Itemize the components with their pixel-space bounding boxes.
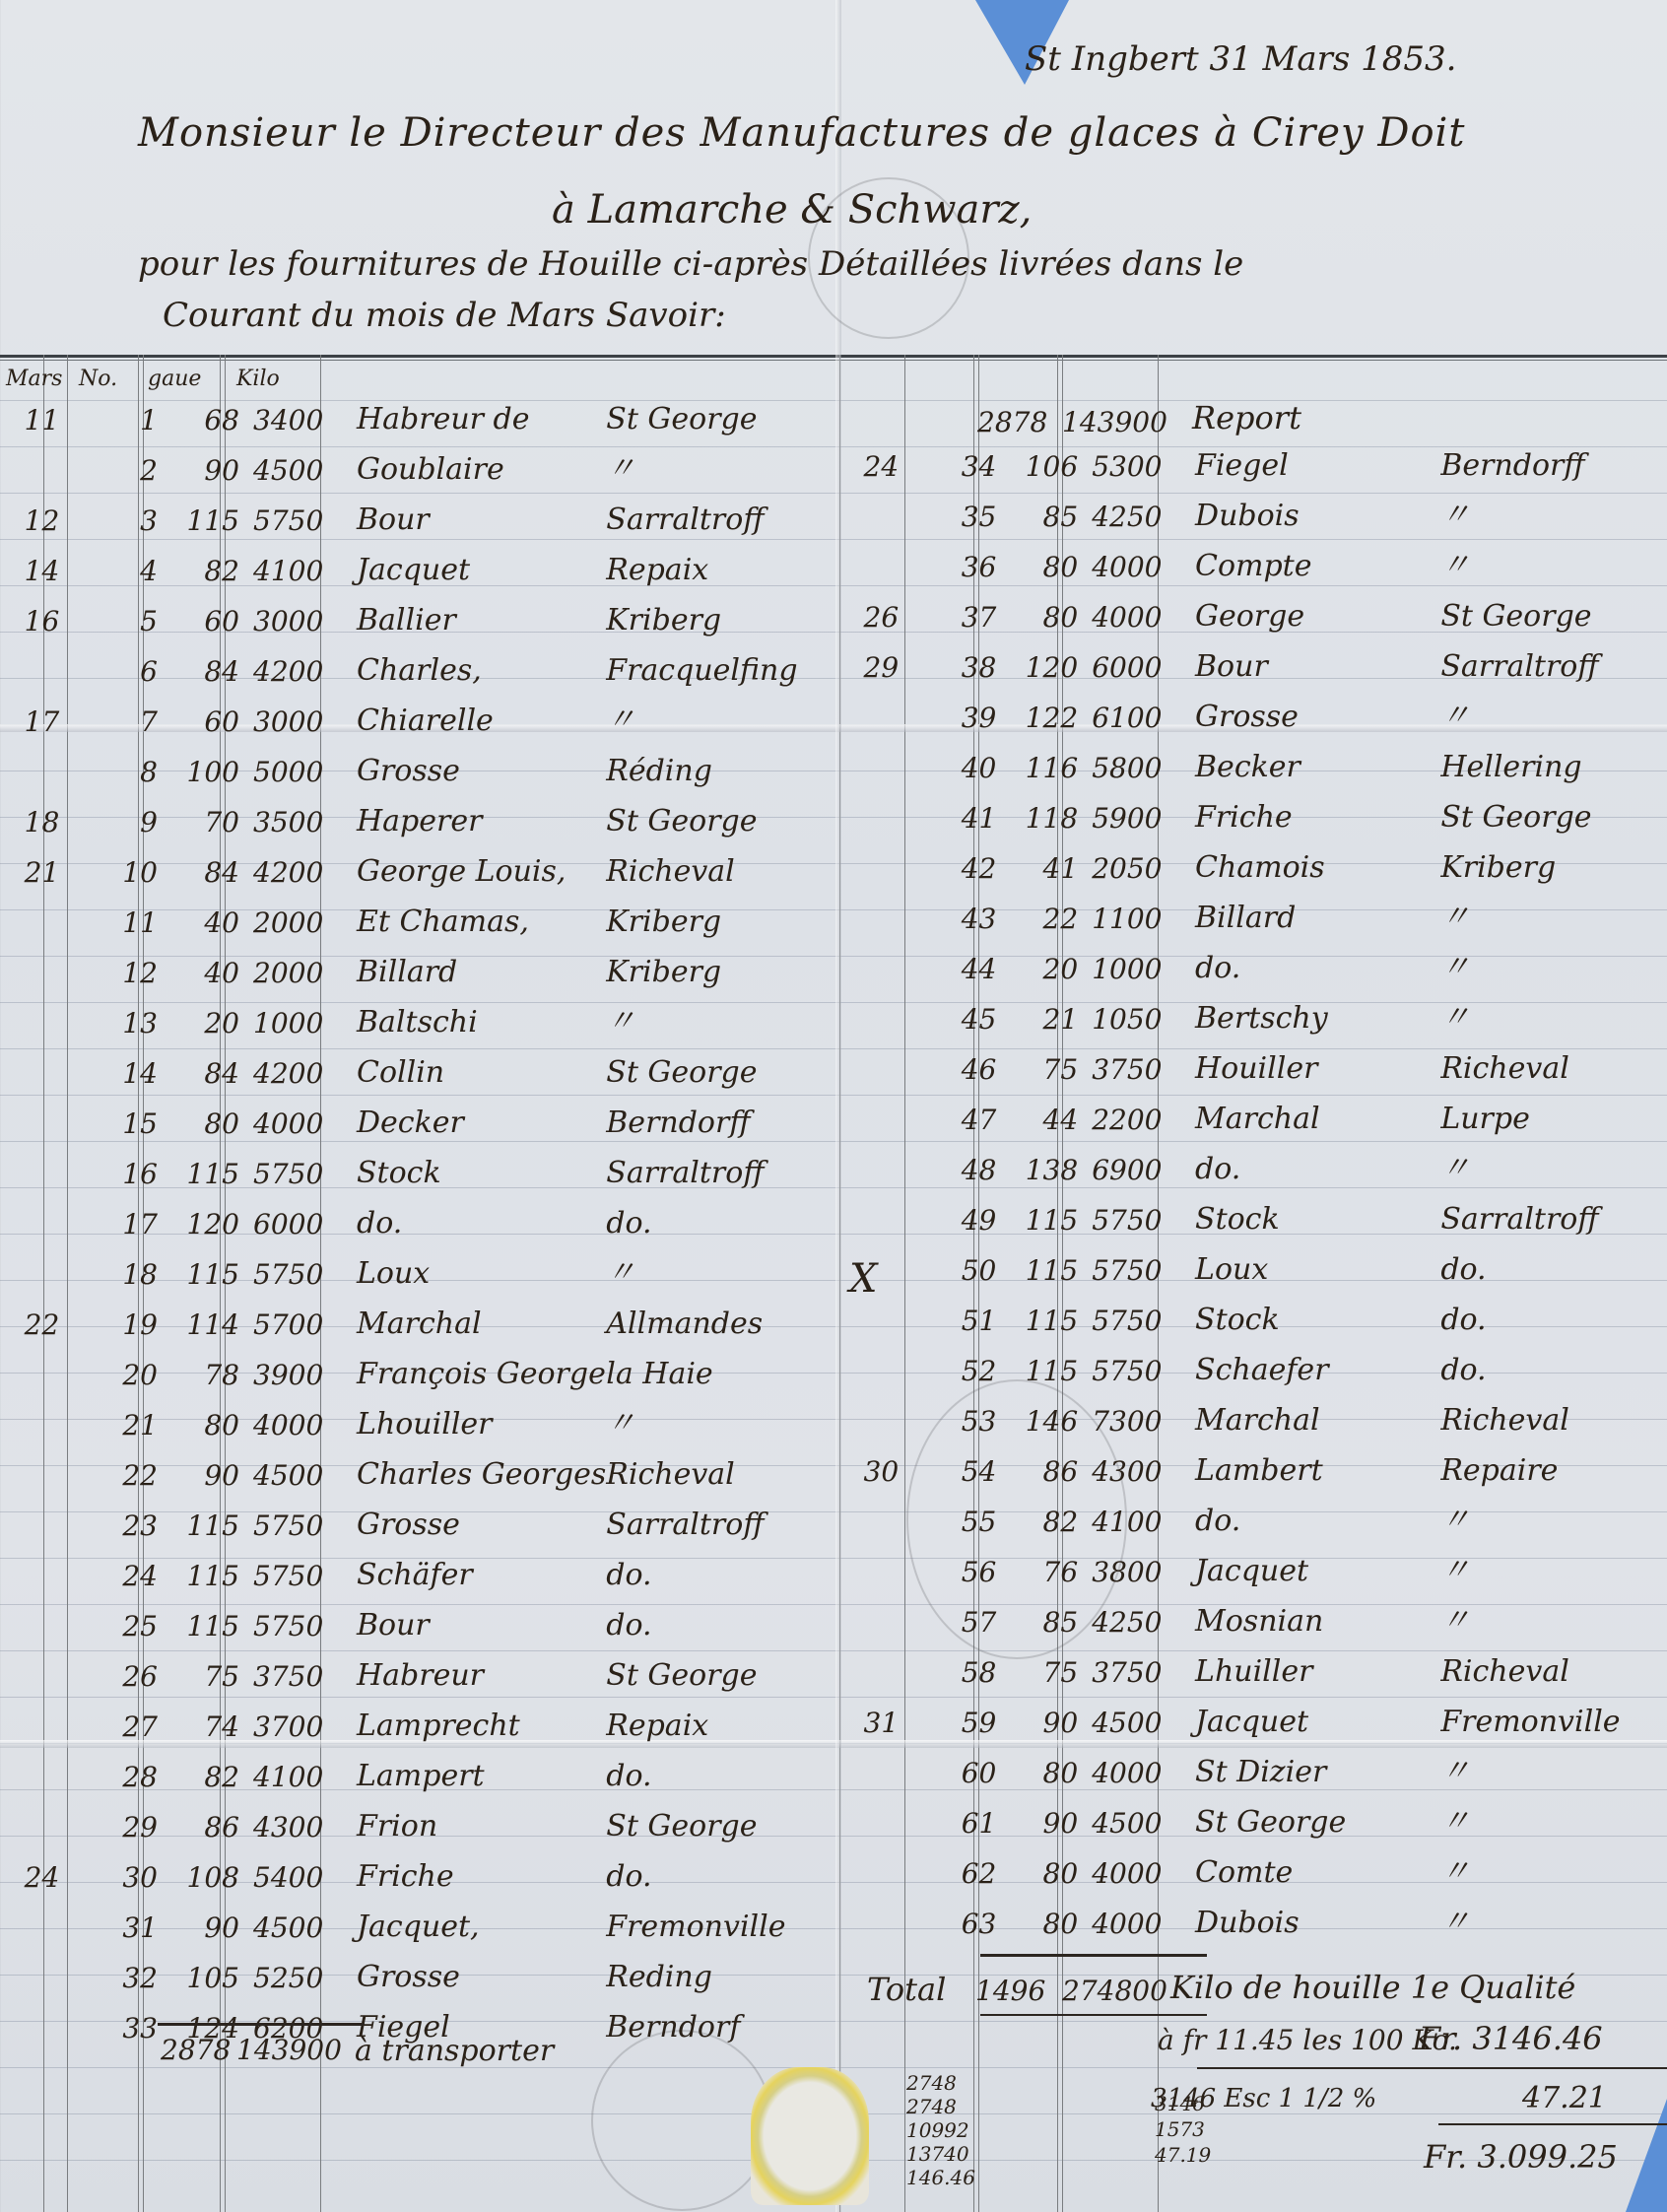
ledger-row: 251155750Bourdo. — [0, 1596, 833, 1646]
supplier-place: Sarraltroff — [1440, 637, 1667, 688]
subtotal-qty: 2878 — [161, 2034, 231, 2066]
ledger-row: 3054864300LambertRepaire — [839, 1441, 1667, 1492]
delivery-day: 14 — [0, 541, 84, 591]
kilo-cell: 4300 — [247, 1797, 347, 1847]
quantity-cell: 115 — [166, 1546, 247, 1596]
kilo-cell: 3750 — [1086, 1039, 1185, 1090]
ledger-row: 31904500Jacquet,Fremonville — [0, 1898, 833, 1948]
delivery-day — [0, 1596, 84, 1646]
quantity-cell: 70 — [166, 792, 247, 842]
ledger-row: 2904500Goublaire〃 — [0, 440, 833, 491]
supplier-place: do. — [606, 1546, 833, 1596]
supplier-name: Lambert — [1185, 1441, 1440, 1492]
quantity-cell: 85 — [1004, 487, 1086, 537]
supplier-name: Grosse — [347, 1496, 606, 1546]
subtotal-label: à transporter — [355, 2034, 554, 2068]
kilo-cell: 5700 — [247, 1295, 347, 1345]
delivery-number: 43 — [923, 889, 1005, 939]
kilo-cell: 3750 — [247, 1646, 347, 1697]
ledger-row: 58753750LhuillerRicheval — [839, 1642, 1667, 1693]
delivery-number: 12 — [84, 943, 166, 993]
kilo-cell: 5750 — [1086, 1291, 1185, 1341]
column-header-kilo: Kilo — [236, 367, 280, 391]
kilo-cell: 3900 — [247, 1345, 347, 1395]
quantity-cell: 138 — [1004, 1140, 1086, 1190]
calc-line: 2748 — [906, 2071, 975, 2095]
supplier-place: Repaire — [1440, 1441, 1667, 1492]
net-amount: Fr. 3.099.25 — [1424, 2138, 1618, 2176]
quantity-cell: 115 — [1004, 1240, 1086, 1291]
supplier-place: Fracquelfing — [606, 641, 833, 692]
supplier-place: Allmandes — [606, 1295, 833, 1345]
kilo-cell: 5900 — [1086, 788, 1185, 838]
supplier-name: Et Chamas, — [347, 893, 606, 943]
ledger-row: 55824100do.〃 — [839, 1492, 1667, 1542]
delivery-day — [839, 889, 923, 939]
delivery-number: 60 — [923, 1743, 1005, 1793]
delivery-day — [839, 1843, 923, 1894]
kilo-cell: 1000 — [1086, 939, 1185, 989]
ledger-row: 61904500St George〃 — [839, 1793, 1667, 1843]
kilo-cell: 5000 — [247, 742, 347, 792]
supplier-name: Marchal — [1185, 1090, 1440, 1140]
supplier-name: George — [1185, 587, 1440, 637]
supplier-place: Sarraltroff — [606, 1496, 833, 1546]
ledger-row: 13201000Baltschi〃 — [0, 993, 833, 1043]
supplier-place: Kriberg — [606, 591, 833, 641]
delivery-day — [0, 1445, 84, 1496]
supplier-place: St George — [1440, 788, 1667, 838]
quantity-cell: 75 — [1004, 1039, 1086, 1090]
ledger-row: 1231155750BourSarraltroff — [0, 491, 833, 541]
delivery-day — [0, 943, 84, 993]
supplier-place: 〃 — [1440, 688, 1667, 738]
kilo-cell: 6900 — [1086, 1140, 1185, 1190]
ledger-row: 531467300MarchalRicheval — [839, 1391, 1667, 1441]
purpose-line: pour les fournitures de Houille ci-après… — [138, 244, 1243, 284]
delivery-day — [0, 1395, 84, 1445]
delivery-number: 7 — [84, 692, 166, 742]
delivery-number: 38 — [923, 637, 1005, 688]
delivery-number: 52 — [923, 1341, 1005, 1391]
quantity-cell: 75 — [166, 1646, 247, 1697]
total-qty: 1496 — [975, 1975, 1045, 2007]
kilo-cell: 4000 — [1086, 1843, 1185, 1894]
supplier-place: Repaix — [606, 1697, 833, 1747]
kilo-cell: 4000 — [1086, 587, 1185, 637]
supplier-place: 〃 — [1440, 1843, 1667, 1894]
quantity-cell: 84 — [166, 1043, 247, 1094]
addressee-line: Monsieur le Directeur des Manufactures d… — [138, 110, 1465, 156]
kilo-cell: 3800 — [1086, 1542, 1185, 1592]
quantity-cell: 40 — [166, 943, 247, 993]
quantity-cell: 116 — [1004, 738, 1086, 788]
delivery-day — [839, 1542, 923, 1592]
total-rule — [980, 1954, 1207, 1957]
delivery-day — [839, 1039, 923, 1090]
ledger-row: 321055250GrosseReding — [0, 1948, 833, 1998]
x-mark-annotation: X — [849, 1256, 877, 1302]
supplier-name: Jacquet — [1185, 1693, 1440, 1743]
supplier-place: 〃 — [1440, 1140, 1667, 1190]
delivery-day — [0, 1546, 84, 1596]
delivery-number: 17 — [84, 1194, 166, 1244]
ledger-row: 401165800BeckerHellering — [839, 738, 1667, 788]
quantity-cell: 100 — [166, 742, 247, 792]
delivery-number: 2 — [84, 440, 166, 491]
calc-line: 10992 — [906, 2118, 975, 2142]
delivery-day — [0, 641, 84, 692]
supplier-name: Jacquet — [1185, 1542, 1440, 1592]
left-ledger-table: 111683400Habreur deSt George2904500Goubl… — [0, 390, 833, 2048]
supplier-name: Lamprecht — [347, 1697, 606, 1747]
kilo-cell: 7300 — [1086, 1391, 1185, 1441]
delivery-number: 20 — [84, 1345, 166, 1395]
delivery-number: 61 — [923, 1793, 1005, 1843]
quantity-cell: 90 — [1004, 1693, 1086, 1743]
supplier-place: do. — [1440, 1291, 1667, 1341]
quantity-cell: 115 — [1004, 1190, 1086, 1240]
supplier-name: Grosse — [347, 742, 606, 792]
delivery-day: 11 — [0, 390, 84, 440]
quantity-cell: 41 — [1004, 838, 1086, 889]
delivery-number: 3 — [84, 491, 166, 541]
supplier-place: do. — [1440, 1341, 1667, 1391]
delivery-number: 33 — [84, 1998, 166, 2048]
supplier-name: Frion — [347, 1797, 606, 1847]
supplier-name: Dubois — [1185, 1894, 1440, 1944]
quantity-cell: 115 — [166, 491, 247, 541]
kilo-cell: 4100 — [247, 541, 347, 591]
delivery-number: 55 — [923, 1492, 1005, 1542]
delivery-day: 30 — [839, 1441, 923, 1492]
delivery-day — [839, 989, 923, 1039]
margin-calc-left: 2748 2748 10992 13740 146.46 — [906, 2071, 975, 2189]
ledger-row: 391226100Grosse〃 — [839, 688, 1667, 738]
kilo-cell: 5400 — [247, 1847, 347, 1898]
kilo-cell: 4000 — [1086, 537, 1185, 587]
supplier-name: Dubois — [1185, 487, 1440, 537]
supplier-place: 〃 — [606, 993, 833, 1043]
ledger-row: 22191145700MarchalAllmandes — [0, 1295, 833, 1345]
kilo-cell: 3750 — [1086, 1642, 1185, 1693]
delivery-number: 59 — [923, 1693, 1005, 1743]
supplier-name: Habreur — [347, 1646, 606, 1697]
kilo-cell: 4250 — [1086, 1592, 1185, 1642]
ledger-row: 15804000DeckerBerndorff — [0, 1094, 833, 1144]
supplier-place: 〃 — [1440, 1492, 1667, 1542]
supplier-place: Hellering — [1440, 738, 1667, 788]
delivery-number: 53 — [923, 1391, 1005, 1441]
kilo-cell: 4000 — [247, 1094, 347, 1144]
supplier-place: 〃 — [606, 1244, 833, 1295]
delivery-number: 48 — [923, 1140, 1005, 1190]
supplier-name: Loux — [1185, 1240, 1440, 1291]
ledger-row: 181155750Loux〃 — [0, 1244, 833, 1295]
supplier-name: Comte — [1185, 1843, 1440, 1894]
supplier-place: 〃 — [606, 1395, 833, 1445]
supplier-name: Lhouiller — [347, 1395, 606, 1445]
quantity-cell: 20 — [166, 993, 247, 1043]
carry-kilo: 143900 — [1062, 406, 1167, 438]
ledger-row: 2110844200George Louis,Richeval — [0, 842, 833, 893]
delivery-number: 26 — [84, 1646, 166, 1697]
supplier-place: la Haie — [606, 1345, 833, 1395]
ledger-row: 43221100Billard〃 — [839, 889, 1667, 939]
quantity-cell: 120 — [1004, 637, 1086, 688]
supplier-name: Becker — [1185, 738, 1440, 788]
delivery-number: 18 — [84, 1244, 166, 1295]
quantity-cell: 80 — [1004, 1743, 1086, 1793]
ledger-row: 20783900François Georgela Haie — [0, 1345, 833, 1395]
supplier-name: Ballier — [347, 591, 606, 641]
supplier-name: Jacquet — [347, 541, 606, 591]
supplier-name: Bour — [347, 1596, 606, 1646]
ledger-row: 144824100JacquetRepaix — [0, 541, 833, 591]
supplier-place: 〃 — [606, 692, 833, 742]
delivery-day: 22 — [0, 1295, 84, 1345]
delivery-number: 37 — [923, 587, 1005, 637]
ledger-row: 189703500HapererSt George — [0, 792, 833, 842]
kilo-cell: 5250 — [247, 1948, 347, 1998]
delivery-day — [0, 1194, 84, 1244]
quantity-cell: 115 — [166, 1144, 247, 1194]
delivery-number: 32 — [84, 1948, 166, 1998]
supplier-name: Grosse — [1185, 688, 1440, 738]
subtotal-rule — [158, 2023, 365, 2026]
supplier-name: Haperer — [347, 792, 606, 842]
ledger-row: 27743700LamprechtRepaix — [0, 1697, 833, 1747]
ledger-row: 6844200Charles,Fracquelfing — [0, 641, 833, 692]
supplier-name: Marchal — [347, 1295, 606, 1345]
delivery-day — [0, 1496, 84, 1546]
supplier-name: Charles, — [347, 641, 606, 692]
delivery-number: 25 — [84, 1596, 166, 1646]
kilo-cell: 1100 — [1086, 889, 1185, 939]
ledger-row: 177603000Chiarelle〃 — [0, 692, 833, 742]
calc-line: 3146 — [1155, 2091, 1211, 2116]
delivery-day: 17 — [0, 692, 84, 742]
delivery-day — [0, 1998, 84, 2048]
kilo-cell: 3700 — [247, 1697, 347, 1747]
supplier-place: Richeval — [1440, 1039, 1667, 1090]
kilo-cell: 4000 — [247, 1395, 347, 1445]
supplier-name: Lhuiller — [1185, 1642, 1440, 1693]
ledger-row: 521155750Schaeferdo. — [839, 1341, 1667, 1391]
delivery-number: 30 — [84, 1847, 166, 1898]
ledger-row: 171206000do.do. — [0, 1194, 833, 1244]
kilo-cell: 4200 — [247, 641, 347, 692]
quantity-cell: 108 — [166, 1847, 247, 1898]
ledger-row: 29381206000BourSarraltroff — [839, 637, 1667, 688]
supplier-place: do. — [606, 1747, 833, 1797]
delivery-day — [0, 1345, 84, 1395]
ledger-row: 36804000Compte〃 — [839, 537, 1667, 587]
ledger-row: 3159904500JacquetFremonville — [839, 1693, 1667, 1743]
quantity-cell: 90 — [166, 440, 247, 491]
delivery-day: 26 — [839, 587, 923, 637]
supplier-name: George Louis, — [347, 842, 606, 893]
ledger-row: 165603000BallierKriberg — [0, 591, 833, 641]
quantity-cell: 115 — [166, 1596, 247, 1646]
delivery-day — [839, 1592, 923, 1642]
supplier-place: Berndorf — [606, 1998, 833, 2048]
kilo-cell: 5750 — [1086, 1240, 1185, 1291]
delivery-number: 41 — [923, 788, 1005, 838]
ledger-row: 56763800Jacquet〃 — [839, 1542, 1667, 1592]
total-kilo: 274800 — [1062, 1975, 1167, 2007]
delivery-day — [839, 1341, 923, 1391]
delivery-number: 51 — [923, 1291, 1005, 1341]
delivery-number: 49 — [923, 1190, 1005, 1240]
quantity-cell: 68 — [166, 390, 247, 440]
quantity-cell: 82 — [1004, 1492, 1086, 1542]
kilo-cell: 6100 — [1086, 688, 1185, 738]
supplier-place: 〃 — [1440, 989, 1667, 1039]
supplier-place: Berndorff — [1440, 436, 1667, 487]
supplier-name: Friche — [1185, 788, 1440, 838]
delivery-day: 21 — [0, 842, 84, 893]
supplier-name: Compte — [1185, 537, 1440, 587]
delivery-day — [0, 742, 84, 792]
supplier-name: Bertschy — [1185, 989, 1440, 1039]
delivery-day — [0, 1043, 84, 1094]
delivery-day — [0, 1144, 84, 1194]
ledger-row: 481386900do.〃 — [839, 1140, 1667, 1190]
supplier-place: St George — [606, 1646, 833, 1697]
delivery-number: 63 — [923, 1894, 1005, 1944]
ledger-row: 46753750HouillerRicheval — [839, 1039, 1667, 1090]
quantity-cell: 74 — [166, 1697, 247, 1747]
delivery-number: 23 — [84, 1496, 166, 1546]
supplier-line: à Lamarche & Schwarz, — [552, 187, 1032, 233]
quantity-cell: 75 — [1004, 1642, 1086, 1693]
delivery-day: 12 — [0, 491, 84, 541]
supplier-name: Chiarelle — [347, 692, 606, 742]
postmark-stamp — [591, 2030, 772, 2211]
supplier-name: Schäfer — [347, 1546, 606, 1596]
supplier-place: do. — [606, 1847, 833, 1898]
delivery-number: 13 — [84, 993, 166, 1043]
kilo-cell: 5750 — [247, 1596, 347, 1646]
delivery-number: 22 — [84, 1445, 166, 1496]
delivery-day — [0, 440, 84, 491]
kilo-cell: 5750 — [247, 1244, 347, 1295]
kilo-cell: 5750 — [247, 1144, 347, 1194]
supplier-name: Goublaire — [347, 440, 606, 491]
kilo-cell: 4500 — [247, 440, 347, 491]
ledger-row: 21804000Lhouiller〃 — [0, 1395, 833, 1445]
ledger-row: 411185900FricheSt George — [839, 788, 1667, 838]
quantity-cell: 80 — [1004, 537, 1086, 587]
quantity-cell: 82 — [166, 541, 247, 591]
ledger-row: 241155750Schäferdo. — [0, 1546, 833, 1596]
delivery-number: 21 — [84, 1395, 166, 1445]
supplier-name: Chamois — [1185, 838, 1440, 889]
ledger-row: 2637804000GeorgeSt George — [839, 587, 1667, 637]
supplier-place: Kriberg — [606, 943, 833, 993]
supplier-place: 〃 — [1440, 1743, 1667, 1793]
supplier-name: Friche — [347, 1847, 606, 1898]
supplier-place: Kriberg — [1440, 838, 1667, 889]
delivery-number: 39 — [923, 688, 1005, 738]
kilo-cell: 2000 — [247, 893, 347, 943]
gross-amount: Fr. 3146.46 — [1419, 2020, 1603, 2057]
quantity-cell: 84 — [166, 641, 247, 692]
supplier-name: Marchal — [1185, 1391, 1440, 1441]
date-line: St Ingbert 31 Mars 1853. — [1025, 39, 1456, 79]
supplier-name: Jacquet, — [347, 1898, 606, 1948]
kilo-cell: 4500 — [1086, 1693, 1185, 1743]
quantity-cell: 82 — [166, 1747, 247, 1797]
kilo-cell: 3500 — [247, 792, 347, 842]
quantity-cell: 146 — [1004, 1391, 1086, 1441]
delivery-day — [0, 1898, 84, 1948]
delivery-number: 46 — [923, 1039, 1005, 1090]
kilo-cell: 5750 — [247, 1546, 347, 1596]
delivery-day — [839, 939, 923, 989]
ledger-row: 57854250Mosnian〃 — [839, 1592, 1667, 1642]
header-rule-thin — [0, 360, 1667, 361]
ledger-row: 29864300FrionSt George — [0, 1797, 833, 1847]
kilo-cell: 4250 — [1086, 487, 1185, 537]
delivery-number: 19 — [84, 1295, 166, 1345]
supplier-place: 〃 — [1440, 537, 1667, 587]
delivery-day — [839, 1642, 923, 1693]
supplier-place: 〃 — [1440, 889, 1667, 939]
quantity-cell: 60 — [166, 692, 247, 742]
supplier-place: 〃 — [1440, 1894, 1667, 1944]
supplier-name: Grosse — [347, 1948, 606, 1998]
supplier-name: Bour — [1185, 637, 1440, 688]
supplier-name: Habreur de — [347, 390, 606, 440]
delivery-day — [839, 1140, 923, 1190]
delivery-day — [0, 1094, 84, 1144]
kilo-cell: 2050 — [1086, 838, 1185, 889]
total-label: Total — [867, 1971, 946, 2008]
kilo-cell: 5750 — [247, 1496, 347, 1546]
supplier-place: Lurpe — [1440, 1090, 1667, 1140]
kilo-cell: 4500 — [1086, 1793, 1185, 1843]
quantity-cell: 76 — [1004, 1542, 1086, 1592]
ledger-row: 42412050ChamoisKriberg — [839, 838, 1667, 889]
delivery-number: 16 — [84, 1144, 166, 1194]
supplier-place: 〃 — [1440, 939, 1667, 989]
supplier-name: St George — [1185, 1793, 1440, 1843]
supplier-name: Stock — [1185, 1190, 1440, 1240]
supplier-name: do. — [1185, 1140, 1440, 1190]
delivery-day — [839, 688, 923, 738]
ledger-row: 47442200MarchalLurpe — [839, 1090, 1667, 1140]
kilo-cell: 5750 — [1086, 1190, 1185, 1240]
supplier-name: Schaefer — [1185, 1341, 1440, 1391]
ledger-row: 161155750StockSarraltroff — [0, 1144, 833, 1194]
supplier-place: Repaix — [606, 541, 833, 591]
supplier-place: Richeval — [1440, 1391, 1667, 1441]
delivery-day — [0, 893, 84, 943]
delivery-day — [839, 1190, 923, 1240]
supplier-place: Fremonville — [606, 1898, 833, 1948]
quantity-cell: 84 — [166, 842, 247, 893]
quantity-cell: 20 — [1004, 939, 1086, 989]
kilo-cell: 1050 — [1086, 989, 1185, 1039]
supplier-place: Berndorff — [606, 1094, 833, 1144]
ledger-row: 62804000Comte〃 — [839, 1843, 1667, 1894]
supplier-place: 〃 — [1440, 487, 1667, 537]
delivery-day — [839, 1090, 923, 1140]
delivery-day — [839, 1743, 923, 1793]
delivery-number: 58 — [923, 1642, 1005, 1693]
